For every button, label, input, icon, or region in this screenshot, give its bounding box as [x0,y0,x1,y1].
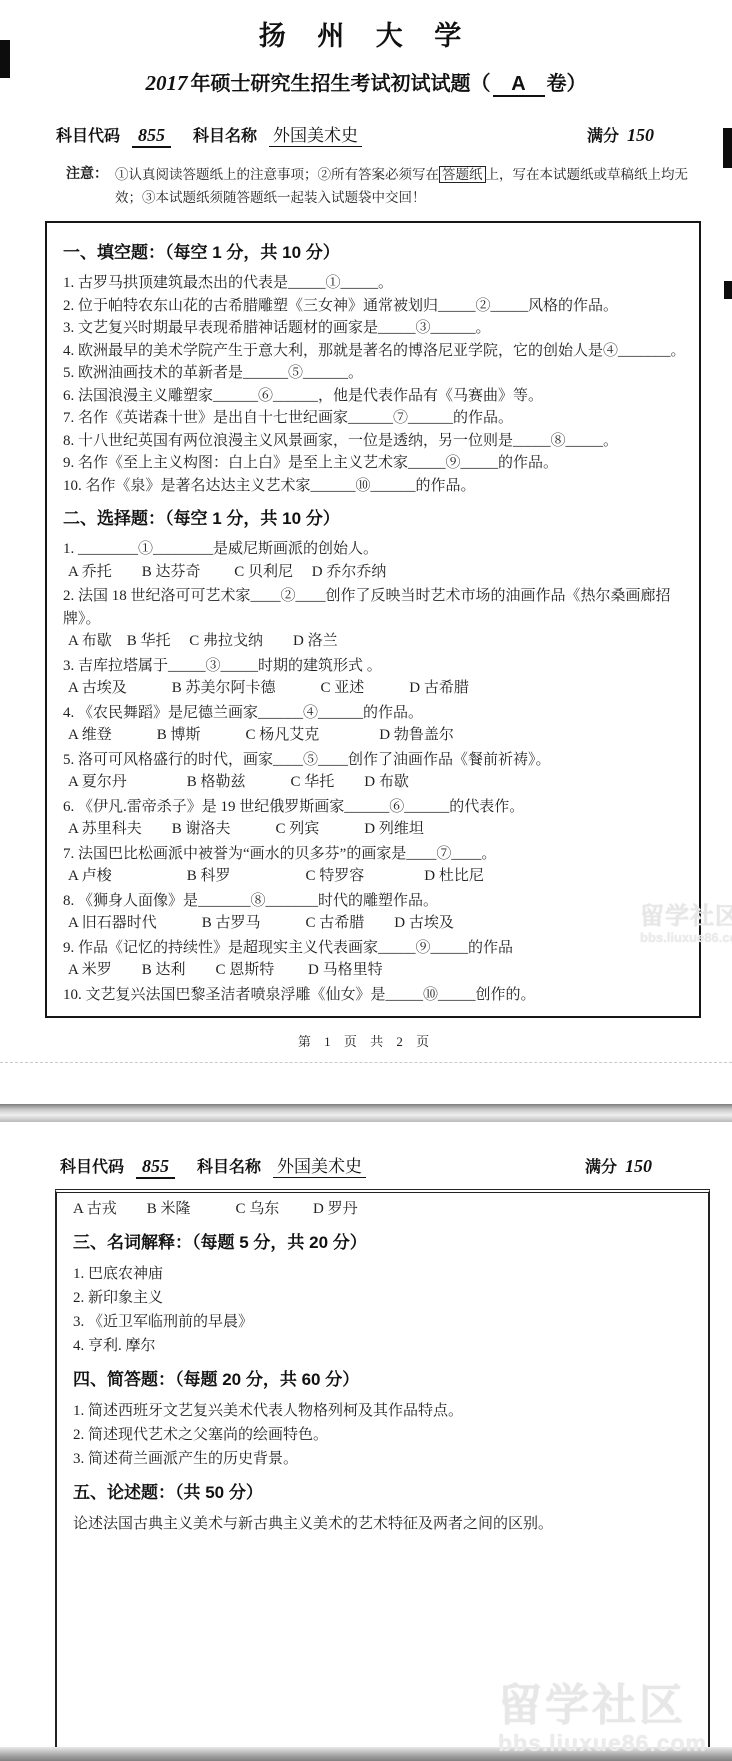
full-score-value: 150 [625,1156,652,1176]
fill-item-4: 4. 欧洲最早的美术学院产生于意大利，那就是著名的博洛尼亚学院，它的创始人是④_… [63,340,687,363]
mc-options-8: A 旧石器时代 B 古罗马 C 古希腊 D 古埃及 [63,912,687,935]
course-code-label: 科目代码 [60,1154,124,1177]
section5-heading: 五、论述题：（共 50 分） [73,1478,696,1503]
mc-question-4: 4. 《农民舞蹈》是尼德兰画家______④______的作品。 [63,702,687,725]
mc-question-9: 9. 作品《记忆的持续性》是超现实主义代表画家_____⑨_____的作品 [63,937,687,960]
mc-question-2: 2. 法国 18 世纪洛可可艺术家____②____创作了反映当时艺术市场的油画… [63,585,687,630]
fill-item-2: 2. 位于帕特农东山花的古希腊雕塑《三女神》通常被划归_____②_____风格… [63,295,687,318]
mc-options-6: A 苏里科夫 B 谢洛夫 C 列宾 D 列维坦 [63,818,687,841]
watermark-page1: 留学社区 bbs.liuxue86.com [640,905,732,945]
full-score: 满分150 [585,1154,652,1177]
short-answer-item-1: 1. 简述西班牙文艺复兴美术代表人物格列柯及其作品特点。 [73,1399,696,1423]
course-name-label: 科目名称 [193,123,257,146]
exam-notice: 注意： ①认真阅读答题纸上的注意事项；②所有答案必须写在答题纸上，写在本试题纸或… [0,163,732,209]
short-answer-item-3: 3. 简述荷兰画派产生的历史背景。 [73,1447,696,1471]
term-item-4: 4. 亨利. 摩尔 [73,1334,696,1358]
mc-options-4: A 维登 B 博斯 C 杨凡艾克 D 勃鲁盖尔 [63,724,687,747]
notice-label: 注意： [66,163,108,209]
mc-options-9: A 米罗 B 达利 C 恩斯特 D 马格里特 [63,959,687,982]
mc-question-1: 1. ________①________是威尼斯画派的创始人。 [63,538,687,561]
fill-item-1: 1. 古罗马拱顶建筑最杰出的代表是_____①_____。 [63,272,687,295]
mc-question-8: 8. 《狮身人面像》是_______⑧_______时代的雕塑作品。 [63,890,687,913]
scan-artifact-right-2 [724,281,732,299]
scan-artifact-right-1 [723,128,732,168]
section2-heading: 二、选择题：（每空 1 分，共 10 分） [63,504,687,529]
watermark-page2: 留学社区 bbs.liuxue86.com [498,1684,707,1755]
subtitle-suffix: 卷） [547,73,587,95]
section1-heading: 一、填空题：（每空 1 分，共 10 分） [63,238,687,263]
fill-item-8: 8. 十八世纪英国有两位浪漫主义风景画家，一位是透纳，另一位则是_____⑧__… [63,430,687,453]
course-name-label: 科目名称 [197,1154,261,1177]
mc-options-7: A 卢梭 B 科罗 C 特罗容 D 杜比尼 [63,865,687,888]
fill-item-3: 3. 文艺复兴时期最早表现希腊神话题材的画家是_____③______。 [63,317,687,340]
mc-options-5: A 夏尔丹 B 格勒兹 C 华托 D 布歇 [63,771,687,794]
page-number-footer: 第 1 页 共 2 页 [0,1031,732,1050]
watermark-site-url: bbs.liuxue86.com [498,1732,707,1755]
fill-item-6: 6. 法国浪漫主义雕塑家______⑥______，他是代表作品有《马赛曲》等。 [63,385,687,408]
university-title: 扬 州 大 学 [0,14,732,53]
question-box-page2: A 古戎 B 米隆 C 乌东 D 罗丹 三、名词解释：（每题 5 分，共 20 … [55,1189,710,1748]
exam-subtitle: 2017年硕士研究生招生考试初试试题（A卷） [0,67,732,97]
course-name-value: 外国美术史 [273,1152,366,1178]
exam-year: 2017 [146,71,191,95]
watermark-site-name: 留学社区 [498,1681,686,1730]
mc-question-3: 3. 吉库拉塔属于_____③_____时期的建筑形式 。 [63,655,687,678]
term-item-1: 1. 巴底农神庙 [73,1262,696,1286]
course-name-value: 外国美术史 [269,121,362,147]
section4-heading: 四、简答题：（每题 20 分，共 60 分） [73,1365,696,1390]
mc-options-10-continued: A 古戎 B 米隆 C 乌东 D 罗丹 [73,1197,696,1221]
fill-item-10: 10. 名作《泉》是著名达达主义艺术家______⑩______的作品。 [63,475,687,498]
paper-version-blank: A [493,74,545,97]
course-code-label: 科目代码 [56,123,120,146]
scan-artifact-left [0,40,10,78]
term-item-3: 3. 《近卫军临刑前的早晨》 [73,1310,696,1334]
exam-page-2: 科目代码 855 科目名称 外国美术史 满分150 A 古戎 B 米隆 C 乌东… [0,1122,732,1748]
essay-item-1: 论述法国古典主义美术与新古典主义美术的艺术特征及两者之间的区别。 [73,1512,696,1536]
subtitle-text: 年硕士研究生招生考试初试试题（ [191,73,491,95]
term-item-2: 2. 新印象主义 [73,1286,696,1310]
notice-part1: ①认真阅读答题纸上的注意事项；②所有答案必须写在 [115,167,439,182]
full-score: 满分150 [587,123,654,146]
mc-options-3: A 古埃及 B 苏美尔阿卡德 C 亚述 D 古希腊 [63,677,687,700]
exam-page-1: 扬 州 大 学 2017年硕士研究生招生考试初试试题（A卷） 科目代码 855 … [0,0,732,1050]
watermark-site-url: bbs.liuxue86.com [640,931,732,944]
mc-options-1: A 乔托 B 达芬奇 C 贝利尼 D 乔尔乔纳 [63,561,687,584]
fill-item-7: 7. 名作《英诺森十世》是出自十七世纪画家______⑦______的作品。 [63,407,687,430]
watermark-site-name: 留学社区 [640,903,732,930]
scan-page-edge-top [0,1104,732,1122]
mc-question-6: 6. 《伊凡.雷帝杀子》是 19 世纪俄罗斯画家______⑥______的代表… [63,796,687,819]
fill-item-9: 9. 名作《至上主义构图：白上白》是至上主义艺术家_____⑨_____的作品。 [63,452,687,475]
page-separator-line [0,1062,732,1063]
course-info-row: 科目代码 855 科目名称 外国美术史 满分150 [0,121,732,148]
notice-boxed-term: 答题纸 [439,166,486,183]
notice-text: ①认真阅读答题纸上的注意事项；②所有答案必须写在答题纸上，写在本试题纸或草稿纸上… [115,163,698,209]
mc-question-10: 10. 文艺复兴法国巴黎圣洁者喷泉浮雕《仙女》是_____⑩_____创作的。 [63,984,687,1007]
course-code-value: 855 [136,1156,175,1179]
section3-heading: 三、名词解释：（每题 5 分，共 20 分） [73,1228,696,1253]
mc-question-7: 7. 法国巴比松画派中被誉为“画水的贝多芬”的画家是____⑦____。 [63,843,687,866]
course-info-row-page2: 科目代码 855 科目名称 外国美术史 满分150 [0,1152,732,1179]
full-score-label: 满分 [585,1159,617,1176]
mc-question-5: 5. 洛可可风格盛行的时代，画家____⑤____创作了油画作品《餐前祈祷》。 [63,749,687,772]
fill-item-5: 5. 欧洲油画技术的革新者是______⑤______。 [63,362,687,385]
question-box-page1: 一、填空题：（每空 1 分，共 10 分） 1. 古罗马拱顶建筑最杰出的代表是_… [45,221,701,1018]
mc-options-2: A 布歇 B 华托 C 弗拉戈纳 D 洛兰 [63,630,687,653]
short-answer-item-2: 2. 简述现代艺术之父塞尚的绘画特色。 [73,1423,696,1447]
full-score-label: 满分 [587,128,619,145]
course-code-value: 855 [132,125,171,148]
full-score-value: 150 [627,125,654,145]
